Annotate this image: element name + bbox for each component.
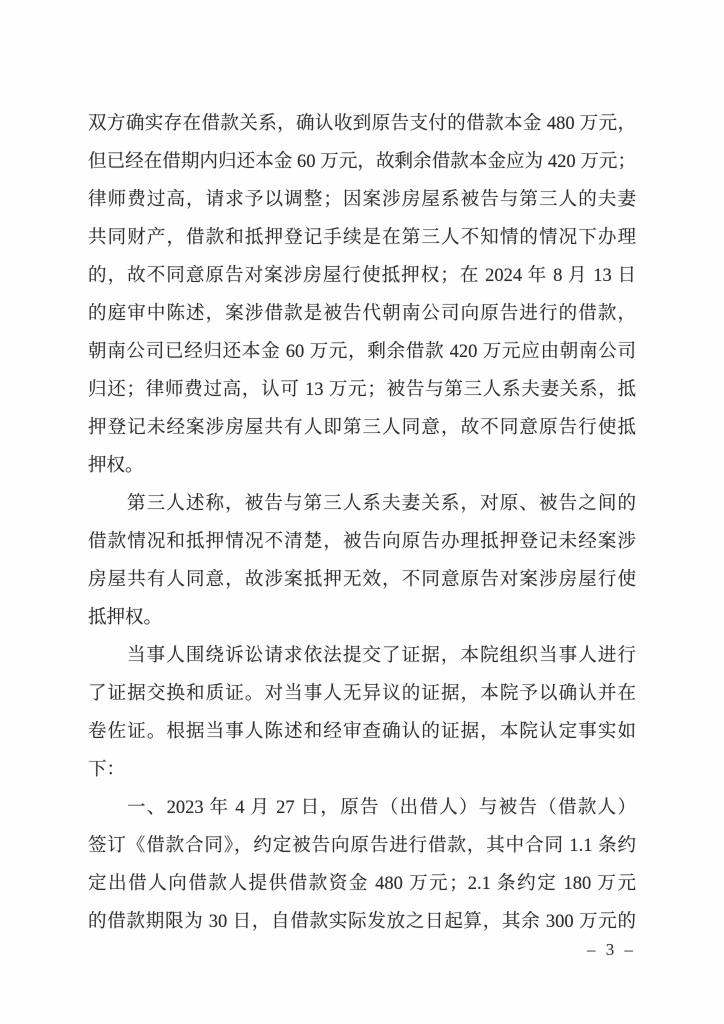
text-line: 律师费过高，请求予以调整；因案涉房屋系被告与第三人的夫妻 [88,181,636,219]
text-line: 押权。 [88,447,636,485]
text-line: 第三人述称，被告与第三人系夫妻关系，对原、被告之间的 [88,485,636,523]
text-line: 当事人围绕诉讼请求依法提交了证据，本院组织当事人进行 [88,637,636,675]
text-line: 下： [88,751,636,789]
document-page: 双方确实存在借款关系，确认收到原告支付的借款本金 480 万元，但已经在借期内归… [0,0,724,1024]
text-line: 的，故不同意原告对案涉房屋行使抵押权；在 2024 年 8 月 13 日 [88,257,636,295]
text-line: 但已经在借期内归还本金 60 万元，故剩余借款本金应为 420 万元； [88,143,636,181]
text-line: 定出借人向借款人提供借款资金 480 万元；2.1 条约定 180 万元 [88,865,636,903]
page-number: – 3 – [587,938,636,962]
text-line: 签订《借款合同》，约定被告向原告进行借款，其中合同 1.1 条约 [88,827,636,865]
document-body: 双方确实存在借款关系，确认收到原告支付的借款本金 480 万元，但已经在借期内归… [88,105,636,941]
text-line: 朝南公司已经归还本金 60 万元，剩余借款 420 万元应由朝南公司 [88,333,636,371]
text-line: 借款情况和抵押情况不清楚，被告向原告办理抵押登记未经案涉 [88,523,636,561]
text-line: 卷佐证。根据当事人陈述和经审查确认的证据，本院认定事实如 [88,713,636,751]
text-line: 共同财产，借款和抵押登记手续是在第三人不知情的情况下办理 [88,219,636,257]
text-line: 抵押权。 [88,599,636,637]
text-line: 一、2023 年 4 月 27 日，原告（出借人）与被告（借款人） [88,789,636,827]
text-line: 房屋共有人同意，故涉案抵押无效，不同意原告对案涉房屋行使 [88,561,636,599]
text-line: 的借款期限为 30 日，自借款实际发放之日起算，其余 300 万元的 [88,903,636,941]
text-line: 押登记未经案涉房屋共有人即第三人同意，故不同意原告行使抵 [88,409,636,447]
text-line: 归还；律师费过高，认可 13 万元；被告与第三人系夫妻关系，抵 [88,371,636,409]
text-line: 双方确实存在借款关系，确认收到原告支付的借款本金 480 万元， [88,105,636,143]
text-line: 了证据交换和质证。对当事人无异议的证据，本院予以确认并在 [88,675,636,713]
text-line: 的庭审中陈述，案涉借款是被告代朝南公司向原告进行的借款， [88,295,636,333]
